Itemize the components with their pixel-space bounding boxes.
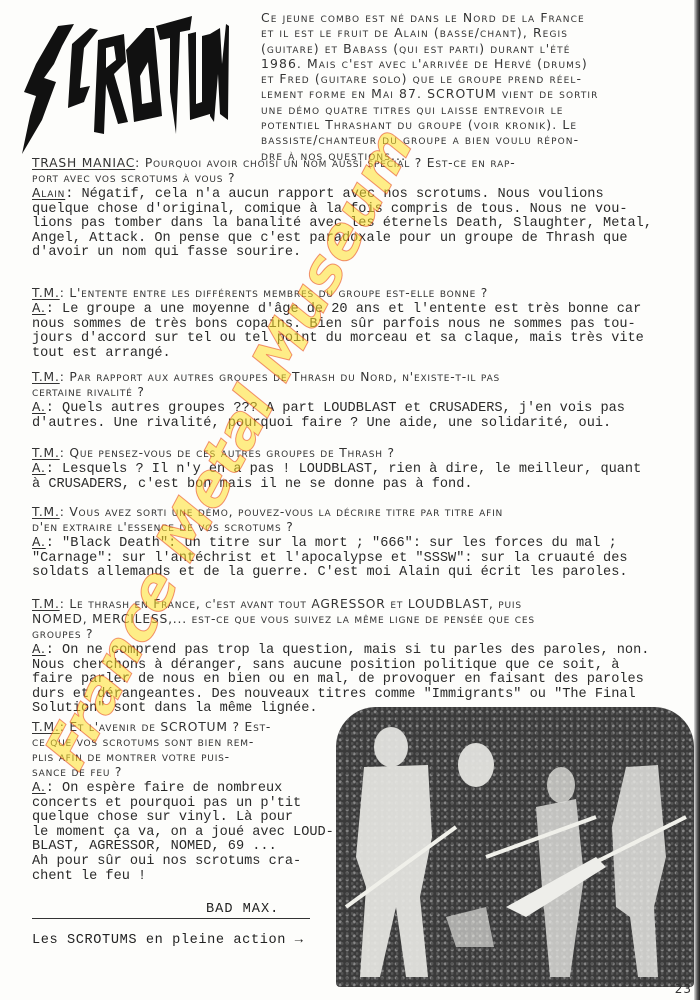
answer-text: soldats allemands et de la guerre. C'est… [32,565,628,580]
answer-text: chent le feu ! [32,869,146,884]
intro-line: Ce jeune combo est né dans le Nord de la… [261,10,693,25]
question-label: T.M. [32,286,60,300]
answer-text: d'autres. Une rivalité, pourquoi faire ?… [32,416,611,431]
answer-line: tout est arrangé. [32,347,692,362]
answer-line: à CRUSADERS, c'est bon mais il ne se don… [32,478,692,493]
answer-line: A.: Quels autres groupes ??? A part LOUD… [32,400,692,417]
answer-text: "Black Death": un titre sur la mort ; "6… [62,536,617,551]
intro-line: et il est le fruit de Alain (basse/chant… [261,25,693,40]
answer-text: à CRUSADERS, c'est bon mais il ne se don… [32,477,473,492]
answer-text: On espère faire de nombreux [62,781,282,796]
question-text: NOMED, MERCILESS,... est-ce que vous sui… [32,612,535,626]
answer-line: Nous cherchons à déranger, sans aucune p… [32,659,692,674]
answer-line: "Carnage": sur l'antéchrist et l'apocaly… [32,552,692,567]
answer-line: lions pas tomber dans la banalité avec l… [32,217,692,232]
question-text: sance de feu ? [32,765,122,779]
answer-line: quelque chose sur vinyl. Là pour [32,811,332,826]
question-label: T.M. [32,597,60,611]
question-line: port avec vos scrotums à vous ? [32,171,692,186]
answer-label: A. [32,535,46,549]
answer-line: A.: Le groupe a une moyenne d'âge de 20 … [32,301,692,318]
question-line: NOMED, MERCILESS,... est-ce que vous sui… [32,612,692,627]
question-line: T.M.: L'entente entre les différents mem… [32,286,692,301]
question-text: Que pensez-vous de ces autres groupes de… [69,446,395,460]
question-line: T.M.: Vous avez sorti une démo, pouvez-v… [32,505,692,520]
question-line: certaine rivalité ? [32,385,692,400]
answer-text: d'avoir un nom qui fasse sourire. [32,245,301,260]
answer-line: nous sommes de très bons copains. Bien s… [32,318,692,333]
answer-line: durs et dérangeantes. Des nouveaux titre… [32,688,692,703]
question-line: T.M.: Le thrash en France, c'est avant t… [32,597,692,612]
question-text: Et l'avenir de SCROTUM ? Est- [69,720,271,734]
question-line: TRASH MANIAC: Pourquoi avoir choisi un n… [32,156,692,171]
answer-text: nous sommes de très bons copains. Bien s… [32,317,636,332]
answer-line: Ah pour sûr oui nos scrotums cra- [32,855,332,870]
answer-text: Lesquels ? Il n'y en a pas ! LOUDBLAST, … [62,462,641,477]
answer-text: On ne comprend pas trop la question, mai… [62,643,649,658]
answer-text: Solution" sont dans la même lignée. [32,701,318,716]
answer-text: Angel, Attack. On pense que c'est parado… [32,231,628,246]
answer-label: A. [32,400,46,414]
band-photo-figures [336,707,694,987]
answer-line: d'avoir un nom qui fasse sourire. [32,246,692,261]
answer-text: Nous cherchons à déranger, sans aucune p… [32,658,619,673]
answer-text: concerts et pourquoi pas un p'tit [32,796,301,811]
question-text: L'entente entre les différents membres d… [69,286,488,300]
answer-line: chent le feu ! [32,870,332,885]
question-text: Pourquoi avoir choisi un nom aussi speci… [145,156,516,170]
interview-block: TRASH MANIAC: Pourquoi avoir choisi un n… [32,156,692,261]
interview-block: T.M.: Et l'avenir de SCROTUM ? Est-ce qu… [32,720,332,884]
answer-label: A. [32,301,46,315]
answer-text: quelque chose d'original, comique à la f… [32,202,628,217]
intro-line: 1986. Mais c'est avec l'arrivée de Hervé… [261,56,693,71]
interview-block: T.M.: Vous avez sorti une démo, pouvez-v… [32,505,692,581]
intro-paragraph: Ce jeune combo est né dans le Nord de la… [261,10,693,163]
scan-edge [694,0,700,1000]
answer-line: soldats allemands et de la guerre. C'est… [32,566,692,581]
intro-line: (guitare) et Babass (qui est parti) dura… [261,41,693,56]
question-line: T.M.: Par rapport aux autres groupes de … [32,370,692,385]
answer-text: durs et dérangeantes. Des nouveaux titre… [32,687,636,702]
question-text: certaine rivalité ? [32,385,145,399]
question-text: ce que vos scrotums sont bien rem- [32,735,254,749]
question-line: ce que vos scrotums sont bien rem- [32,735,332,750]
question-text: port avec vos scrotums à vous ? [32,171,235,185]
question-line: T.M.: Que pensez-vous de ces autres grou… [32,446,692,461]
question-label: T.M. [32,446,60,460]
question-label: T.M. [32,370,60,384]
answer-line: Angel, Attack. On pense que c'est parado… [32,232,692,247]
answer-line: d'autres. Une rivalité, pourquoi faire ?… [32,417,692,432]
question-text: plis afin de montrer votre puis- [32,750,230,764]
answer-text: lions pas tomber dans la banalité avec l… [32,216,652,231]
band-photo [336,707,694,987]
question-label: TRASH MANIAC [32,156,135,170]
question-text: groupes ? [32,627,93,641]
question-text: Vous avez sorti une démo, pouvez-vous la… [69,505,503,519]
answer-text: Ah pour sûr oui nos scrotums cra- [32,854,301,869]
question-label: T.M. [32,505,60,519]
answer-line: A.: On ne comprend pas trop la question,… [32,642,692,659]
divider [32,918,310,919]
answer-label: A. [32,642,46,656]
intro-line: et Fred (guitare solo) que le groupe pre… [261,71,693,86]
interview-block: T.M.: Par rapport aux autres groupes de … [32,370,692,431]
question-line: plis afin de montrer votre puis- [32,750,332,765]
question-label: T.M. [32,720,60,734]
scrotum-logo [14,4,229,156]
question-line: T.M.: Et l'avenir de SCROTUM ? Est- [32,720,332,735]
page-number: 23 [675,982,692,996]
answer-text: le moment ça va, on a joué avec LOUD- [32,825,334,840]
answer-line: A.: Lesquels ? Il n'y en a pas ! LOUDBLA… [32,461,692,478]
answer-text: Quels autres groupes ??? A part LOUDBLAS… [62,401,625,416]
question-line: sance de feu ? [32,765,332,780]
intro-line: une démo quatre titres qui laisse entrev… [261,102,693,117]
answer-line: jours d'accord sur tel ou tel point du m… [32,332,692,347]
answer-line: quelque chose d'original, comique à la f… [32,203,692,218]
answer-line: Alain: Négatif, cela n'a aucun rapport a… [32,186,692,203]
answer-text: BLAST, AGRESSOR, NOMED, 69 ... [32,839,277,854]
question-text: d'en extraire l'essence de vos scrotums … [32,520,294,534]
answer-line: A.: "Black Death": un titre sur la mort … [32,535,692,552]
answer-label: A. [32,461,46,475]
answer-text: quelque chose sur vinyl. Là pour [32,810,293,825]
intro-line: lement forme en Mai 87. SCROTUM vient de… [261,86,693,101]
intro-line: potentiel Thrashant du groupe (voir kron… [261,117,693,132]
answer-line: le moment ça va, on a joué avec LOUD- [32,826,332,841]
answer-text: Le groupe a une moyenne d'âge de 20 ans … [62,302,641,317]
question-text: Par rapport aux autres groupes de Thrash… [69,370,500,384]
answer-text: "Carnage": sur l'antéchrist et l'apocaly… [32,551,628,566]
answer-line: concerts et pourquoi pas un p'tit [32,797,332,812]
answer-label: Alain [32,186,65,200]
answer-text: faire parler de nous en bien ou en mal, … [32,672,644,687]
answer-line: faire parler de nous en bien ou en mal, … [32,673,692,688]
answer-text: tout est arrangé. [32,346,171,361]
intro-line: bassiste/chanteur du groupe a bien voulu… [261,132,693,147]
photo-caption: Les SCROTUMS en pleine action → [32,933,304,948]
answer-line: BLAST, AGRESSOR, NOMED, 69 ... [32,840,332,855]
answer-line: A.: On espère faire de nombreux [32,780,332,797]
signature: BAD MAX. [206,902,279,917]
question-line: d'en extraire l'essence de vos scrotums … [32,520,692,535]
interview-block: T.M.: L'entente entre les différents mem… [32,286,692,361]
question-line: groupes ? [32,627,692,642]
answer-text: jours d'accord sur tel ou tel point du m… [32,331,644,346]
interview-block: T.M.: Que pensez-vous de ces autres grou… [32,446,692,492]
answer-label: A. [32,780,46,794]
question-text: Le thrash en France, c'est avant tout AG… [69,597,522,611]
interview-block: T.M.: Le thrash en France, c'est avant t… [32,597,692,717]
answer-text: Négatif, cela n'a aucun rapport avec nos… [82,187,604,202]
